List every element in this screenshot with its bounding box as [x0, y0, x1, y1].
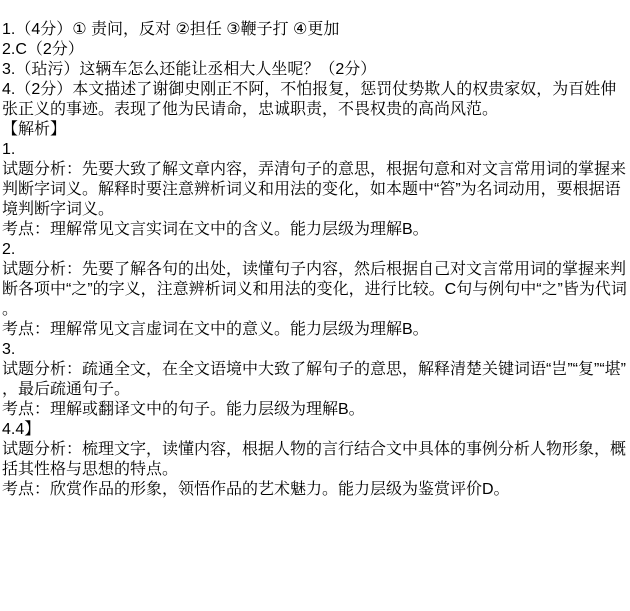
answer-line-3: 3.（玷污）这辆车怎么还能让丞相大人坐呢？（2分） [2, 60, 630, 80]
answer-line-4: 4.（2分）本文描述了谢御史刚正不阿，不怕报复，惩罚仗势欺人的权贵家奴，为百姓伸… [2, 80, 630, 120]
section-4-number: 4.4】 [2, 420, 630, 440]
section-3-number: 3. [2, 340, 630, 360]
section-3-analysis: 试题分析：疏通全文，在全文语境中大致了解句子的意思，解释清楚关键词语“岂”“复”… [2, 360, 630, 400]
answer-line-2: 2.C（2分） [2, 40, 630, 60]
section-2-point: 考点：理解常见文言虚词在文中的意义。能力层级为理解B。 [2, 320, 630, 340]
section-1-number: 1. [2, 140, 630, 160]
section-1-point: 考点：理解常见文言实词在文中的含义。能力层级为理解B。 [2, 220, 630, 240]
answer-line-1: 1.（4分）① 责问，反对 ②担任 ③鞭子打 ④更加 [2, 20, 630, 40]
section-4-analysis: 试题分析：梳理文字，读懂内容，根据人物的言行结合文中具体的事例分析人物形象，概括… [2, 440, 630, 480]
section-1-analysis: 试题分析：先要大致了解文章内容，弄清句子的意思，根据句意和对文言常用词的掌握来判… [2, 160, 630, 220]
section-3-point: 考点：理解或翻译文中的句子。能力层级为理解B。 [2, 400, 630, 420]
section-2-number: 2. [2, 240, 630, 260]
analysis-section-header: 【解析】 [2, 120, 630, 140]
section-2-analysis: 试题分析：先要了解各句的出处，读懂句子内容，然后根据自己对文言常用词的掌握来判断… [2, 260, 630, 320]
section-4-point: 考点：欣赏作品的形象，领悟作品的艺术魅力。能力层级为鉴赏评价D。 [2, 480, 630, 500]
answer-key-document: 1.（4分）① 责问，反对 ②担任 ③鞭子打 ④更加 2.C（2分） 3.（玷污… [0, 0, 630, 611]
